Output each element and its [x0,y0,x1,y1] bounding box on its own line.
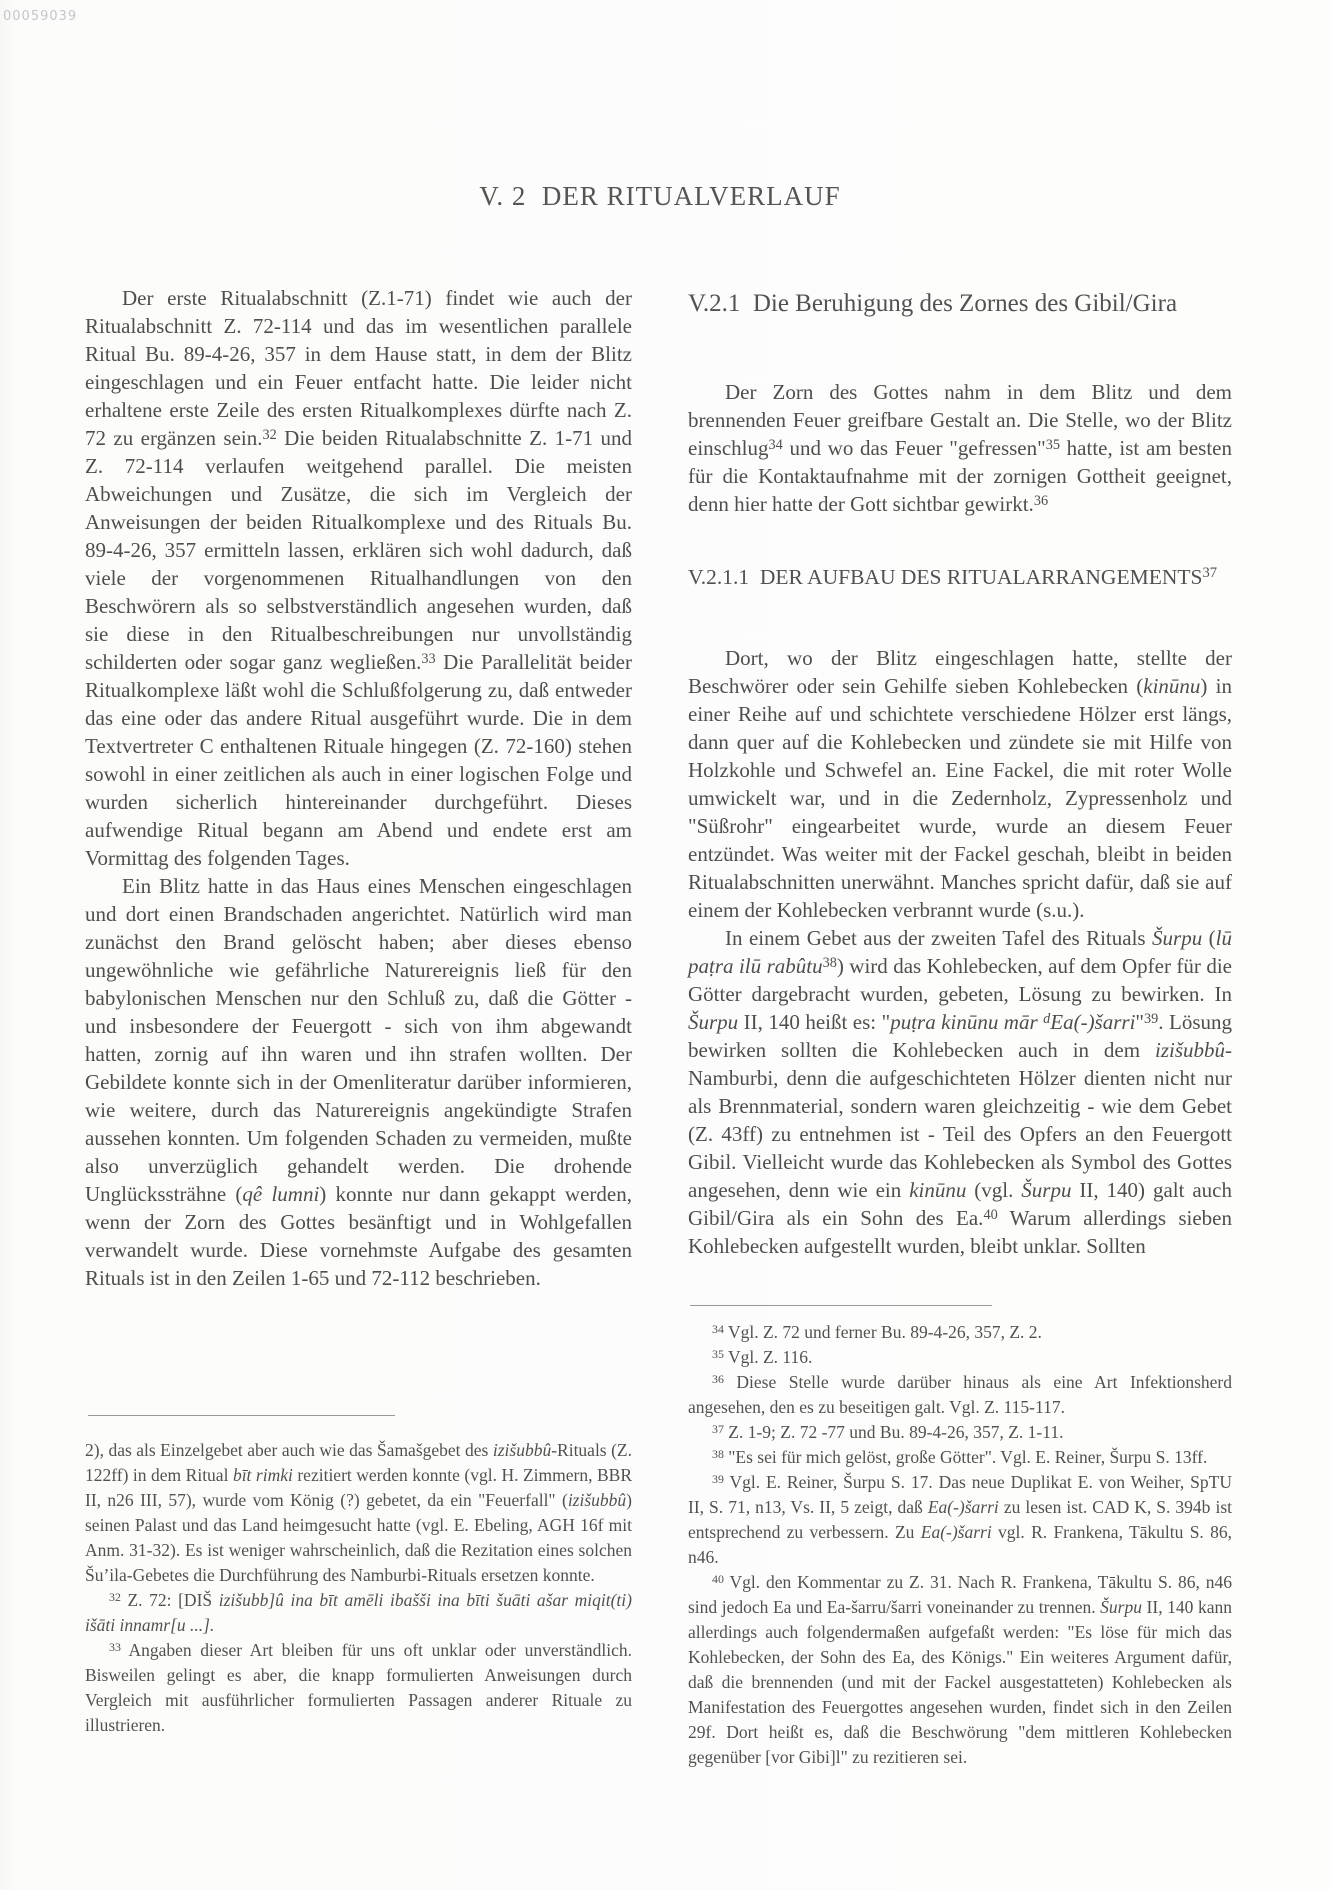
body-paragraph: In einem Gebet aus der zweiten Tafel des… [688,924,1232,1260]
scan-id-stamp: 00059039 [3,9,77,24]
section-heading: V.2.1 Die Beruhigung des Zornes des Gibi… [688,288,1232,320]
body-paragraph: Der Zorn des Gottes nahm in dem Blitz un… [688,378,1232,518]
footnote-rule-right [690,1305,992,1306]
body-paragraph: Der erste Ritualabschnitt (Z.1-71) finde… [85,284,632,872]
footnote-40: 40 Vgl. den Kommentar zu Z. 31. Nach R. … [688,1570,1232,1770]
right-column: V.2.1 Die Beruhigung des Zornes des Gibi… [688,288,1232,1260]
book-page: 00059039 V. 2 DER RITUALVERLAUF Der erst… [0,0,1331,1890]
footnote-39: 39 Vgl. E. Reiner, Šurpu S. 17. Das neue… [688,1470,1232,1570]
footnote-33: 33 Angaben dieser Art bleiben für uns of… [85,1638,632,1738]
body-paragraph: Ein Blitz hatte in das Haus eines Mensch… [85,872,632,1292]
footnote-38: 38 "Es sei für mich gelöst, große Götter… [688,1445,1232,1470]
body-paragraph: Dort, wo der Blitz eingeschlagen hatte, … [688,644,1232,924]
left-column: Der erste Ritualabschnitt (Z.1-71) finde… [85,284,632,1292]
footnote-35: 35 Vgl. Z. 116. [688,1345,1232,1370]
footnote-rule-left [88,1415,395,1416]
subsection-heading: V.2.1.1 DER AUFBAU DES RITUALARRANGEMENT… [688,562,1232,592]
footnote-32: 32 Z. 72: [DIŠ izišubb]û ina bīt amēli i… [85,1588,632,1638]
footnote-continuation: 2), das als Einzelgebet aber auch wie da… [85,1438,632,1588]
footnote-37: 37 Z. 1-9; Z. 72 -77 und Bu. 89-4-26, 35… [688,1420,1232,1445]
footnotes-right: 34 Vgl. Z. 72 und ferner Bu. 89-4-26, 35… [688,1320,1232,1770]
chapter-title: V. 2 DER RITUALVERLAUF [0,181,1320,212]
footnotes-left: 2), das als Einzelgebet aber auch wie da… [85,1438,632,1738]
footnote-36: 36 Diese Stelle wurde darüber hinaus als… [688,1370,1232,1420]
footnote-34: 34 Vgl. Z. 72 und ferner Bu. 89-4-26, 35… [688,1320,1232,1345]
